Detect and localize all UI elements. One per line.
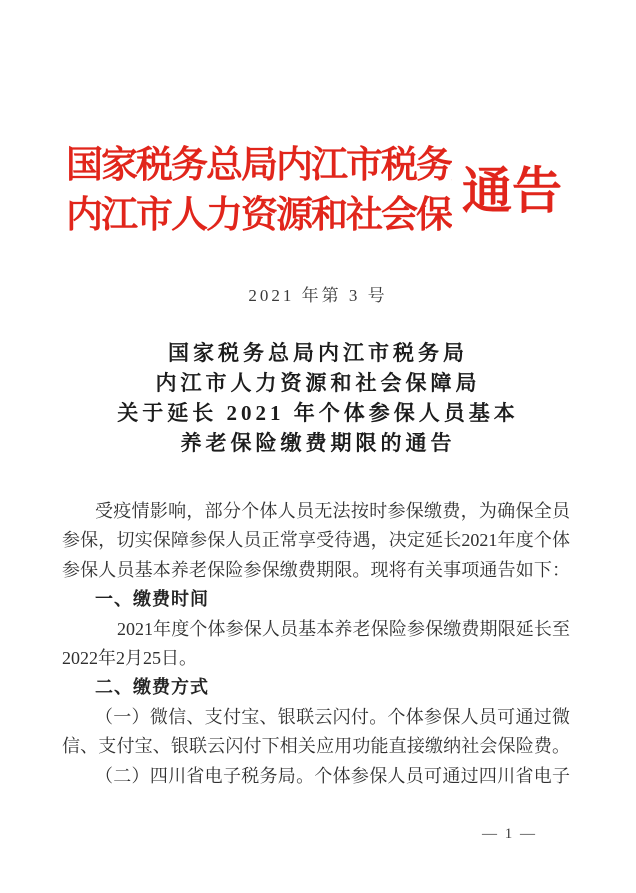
notice-title-line-1: 国家税务总局内江市税务局: [0, 338, 636, 368]
notice-title-line-3: 关于延长 2021 年个体参保人员基本: [0, 398, 636, 428]
section-heading-payment-time: 一、缴费时间: [62, 585, 570, 614]
notice-title-line-4: 养老保险缴费期限的通告: [0, 428, 636, 458]
body-text-line: 参保，切实保障参保人员正常享受待遇，决定延长2021年度个体: [62, 526, 570, 555]
section-heading-payment-method: 二、缴费方式: [62, 673, 570, 702]
body-text-line: （二）四川省电子税务局。个体参保人员可通过四川省电子: [62, 762, 570, 791]
body-text-line: 信、支付宝、银联云闪付下相关应用功能直接缴纳社会保险费。: [62, 732, 570, 761]
agency-name-line-2: 内江市人力资源和社会保障局: [66, 191, 452, 241]
agency-name-line-1: 国家税务总局内江市税务局: [66, 141, 452, 191]
body-text-line: 2022年2月25日。: [62, 644, 570, 673]
body-text-line: 受疫情影响，部分个体人员无法按时参保缴费，为确保全员: [62, 497, 570, 526]
body-text-line: （一）微信、支付宝、银联云闪付。个体参保人员可通过微: [62, 703, 570, 732]
notice-document-page: 国家税务总局内江市税务局 内江市人力资源和社会保障局 通告 2021 年第 3 …: [0, 0, 636, 893]
notice-title: 国家税务总局内江市税务局 内江市人力资源和社会保障局 关于延长 2021 年个体…: [0, 338, 636, 458]
notice-body: 受疫情影响，部分个体人员无法按时参保缴费，为确保全员 参保，切实保障参保人员正常…: [62, 497, 570, 791]
doc-type-label: 通告: [462, 164, 562, 218]
body-text-line: 参保人员基本养老保险参保缴费期限。现将有关事项通告如下：: [62, 556, 570, 585]
notice-title-line-2: 内江市人力资源和社会保障局: [0, 368, 636, 398]
body-text-line: 2021年度个体参保人员基本养老保险参保缴费期限延长至: [62, 615, 570, 644]
red-letterhead: 国家税务总局内江市税务局 内江市人力资源和社会保障局 通告: [66, 141, 562, 241]
agency-names: 国家税务总局内江市税务局 内江市人力资源和社会保障局: [66, 141, 452, 241]
page-number: — 1 —: [482, 826, 537, 843]
doc-issue-number: 2021 年第 3 号: [0, 281, 636, 306]
